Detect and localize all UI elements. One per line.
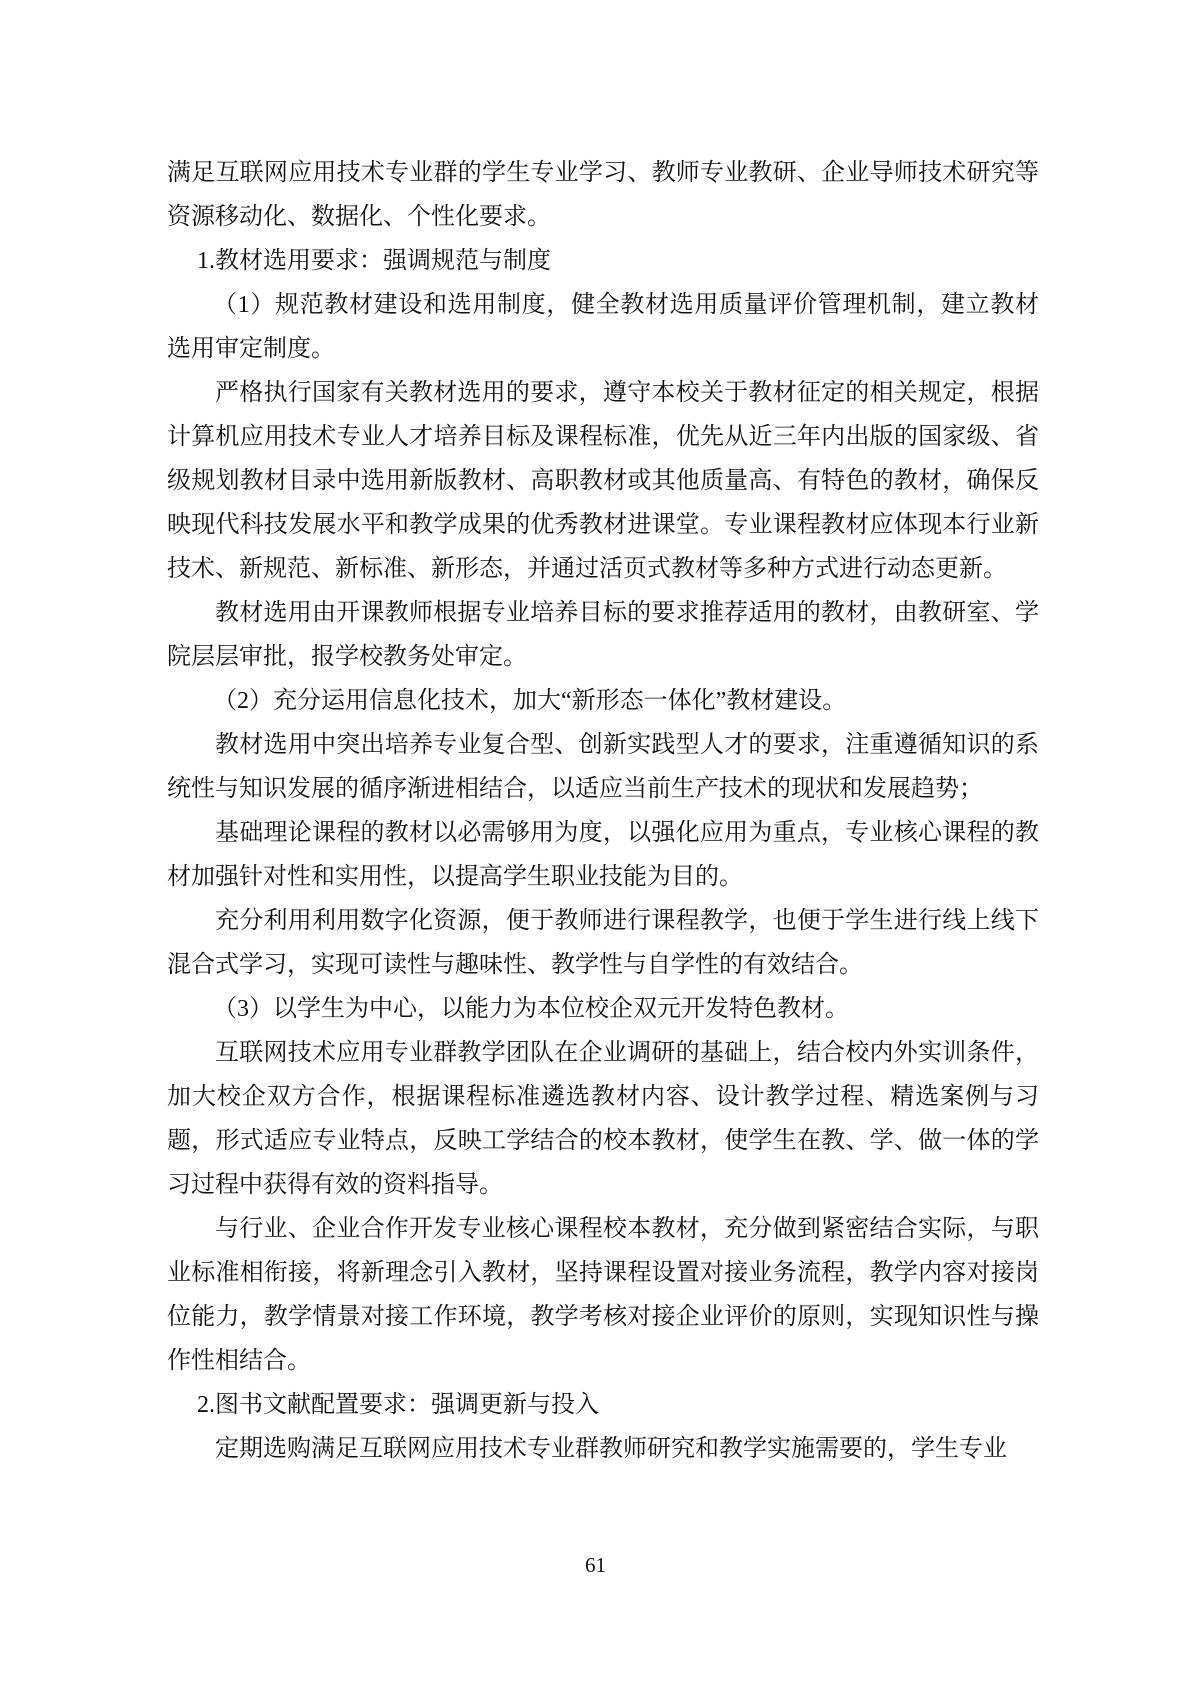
paragraph: 教材选用中突出培养专业复合型、创新实践型人才的要求，注重遵循知识的系统性与知识发… <box>167 723 1039 811</box>
document-body: 满足互联网应用技术专业群的学生专业学习、教师专业教研、企业导师技术研究等资源移动… <box>167 151 1039 1471</box>
paragraph: 基础理论课程的教材以必需够用为度，以强化应用为重点，专业核心课程的教材加强针对性… <box>167 811 1039 899</box>
paragraph: 定期选购满足互联网应用技术专业群教师研究和教学实施需要的，学生专业 <box>167 1427 1039 1471</box>
section-heading-1: 1.教材选用要求：强调规范与制度 <box>167 239 1039 283</box>
paragraph: 充分利用利用数字化资源，便于教师进行课程教学，也便于学生进行线上线下混合式学习，… <box>167 899 1039 987</box>
paragraph-item-2: （2）充分运用信息化技术，加大“新形态一体化”教材建设。 <box>167 679 1039 723</box>
paragraph: 严格执行国家有关教材选用的要求，遵守本校关于教材征定的相关规定，根据计算机应用技… <box>167 371 1039 591</box>
paragraph-continuation: 满足互联网应用技术专业群的学生专业学习、教师专业教研、企业导师技术研究等资源移动… <box>167 151 1039 239</box>
paragraph: 教材选用由开课教师根据专业培养目标的要求推荐适用的教材，由教研室、学院层层审批，… <box>167 591 1039 679</box>
section-heading-2: 2.图书文献配置要求：强调更新与投入 <box>167 1383 1039 1427</box>
paragraph-item-1: （1）规范教材建设和选用制度，健全教材选用质量评价管理机制，建立教材选用审定制度… <box>167 283 1039 371</box>
document-page: 满足互联网应用技术专业群的学生专业学习、教师专业教研、企业导师技术研究等资源移动… <box>0 0 1191 1684</box>
page-footer: 61 <box>0 1552 1191 1578</box>
paragraph-item-3: （3）以学生为中心，以能力为本位校企双元开发特色教材。 <box>167 987 1039 1031</box>
paragraph: 与行业、企业合作开发专业核心课程校本教材，充分做到紧密结合实际，与职业标准相衔接… <box>167 1207 1039 1383</box>
paragraph: 互联网技术应用专业群教学团队在企业调研的基础上，结合校内外实训条件，加大校企双方… <box>167 1031 1039 1207</box>
page-number: 61 <box>585 1553 606 1577</box>
